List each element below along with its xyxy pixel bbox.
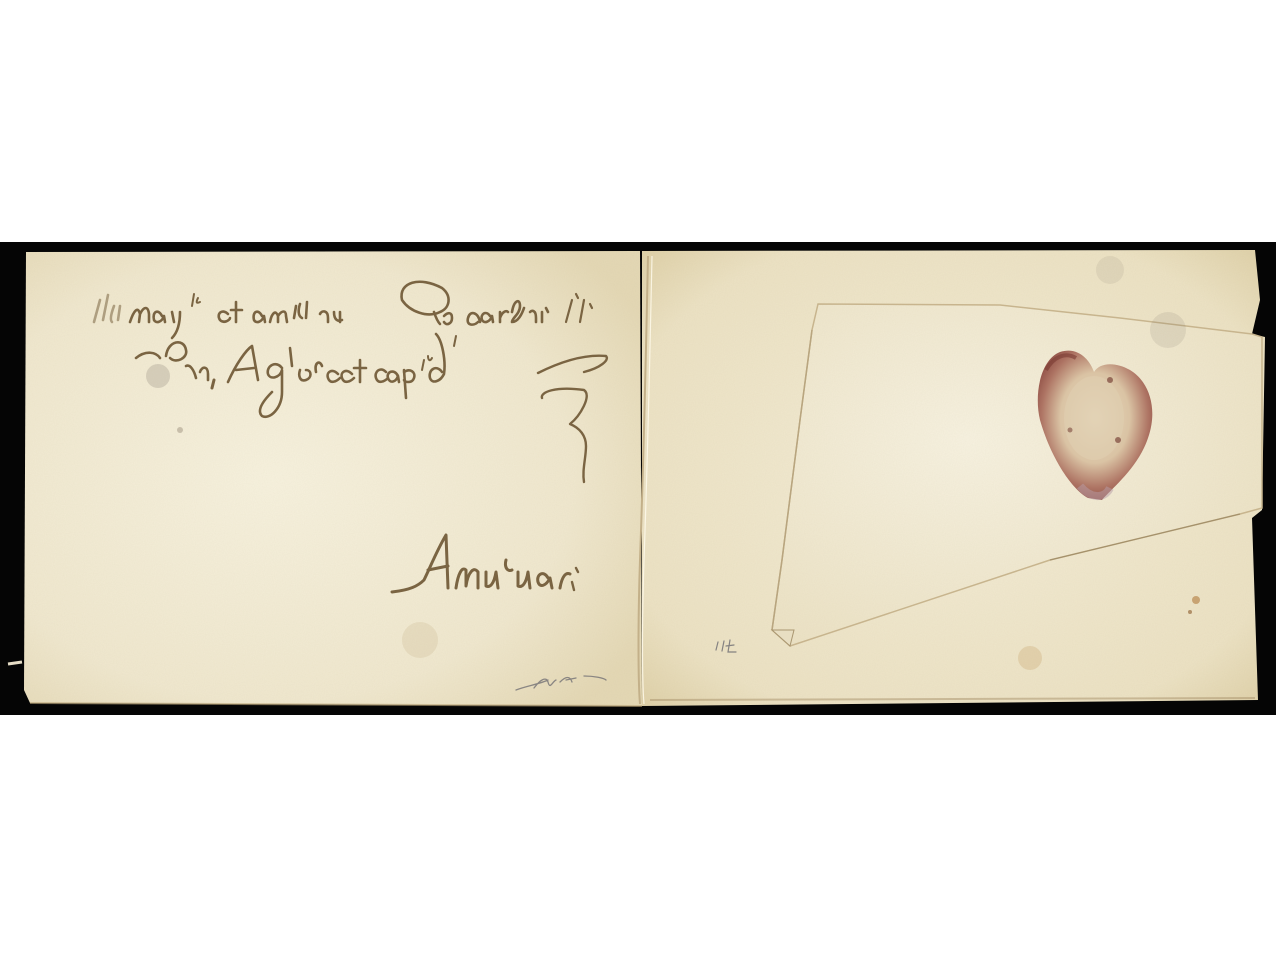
folded-letter xyxy=(0,0,1276,956)
